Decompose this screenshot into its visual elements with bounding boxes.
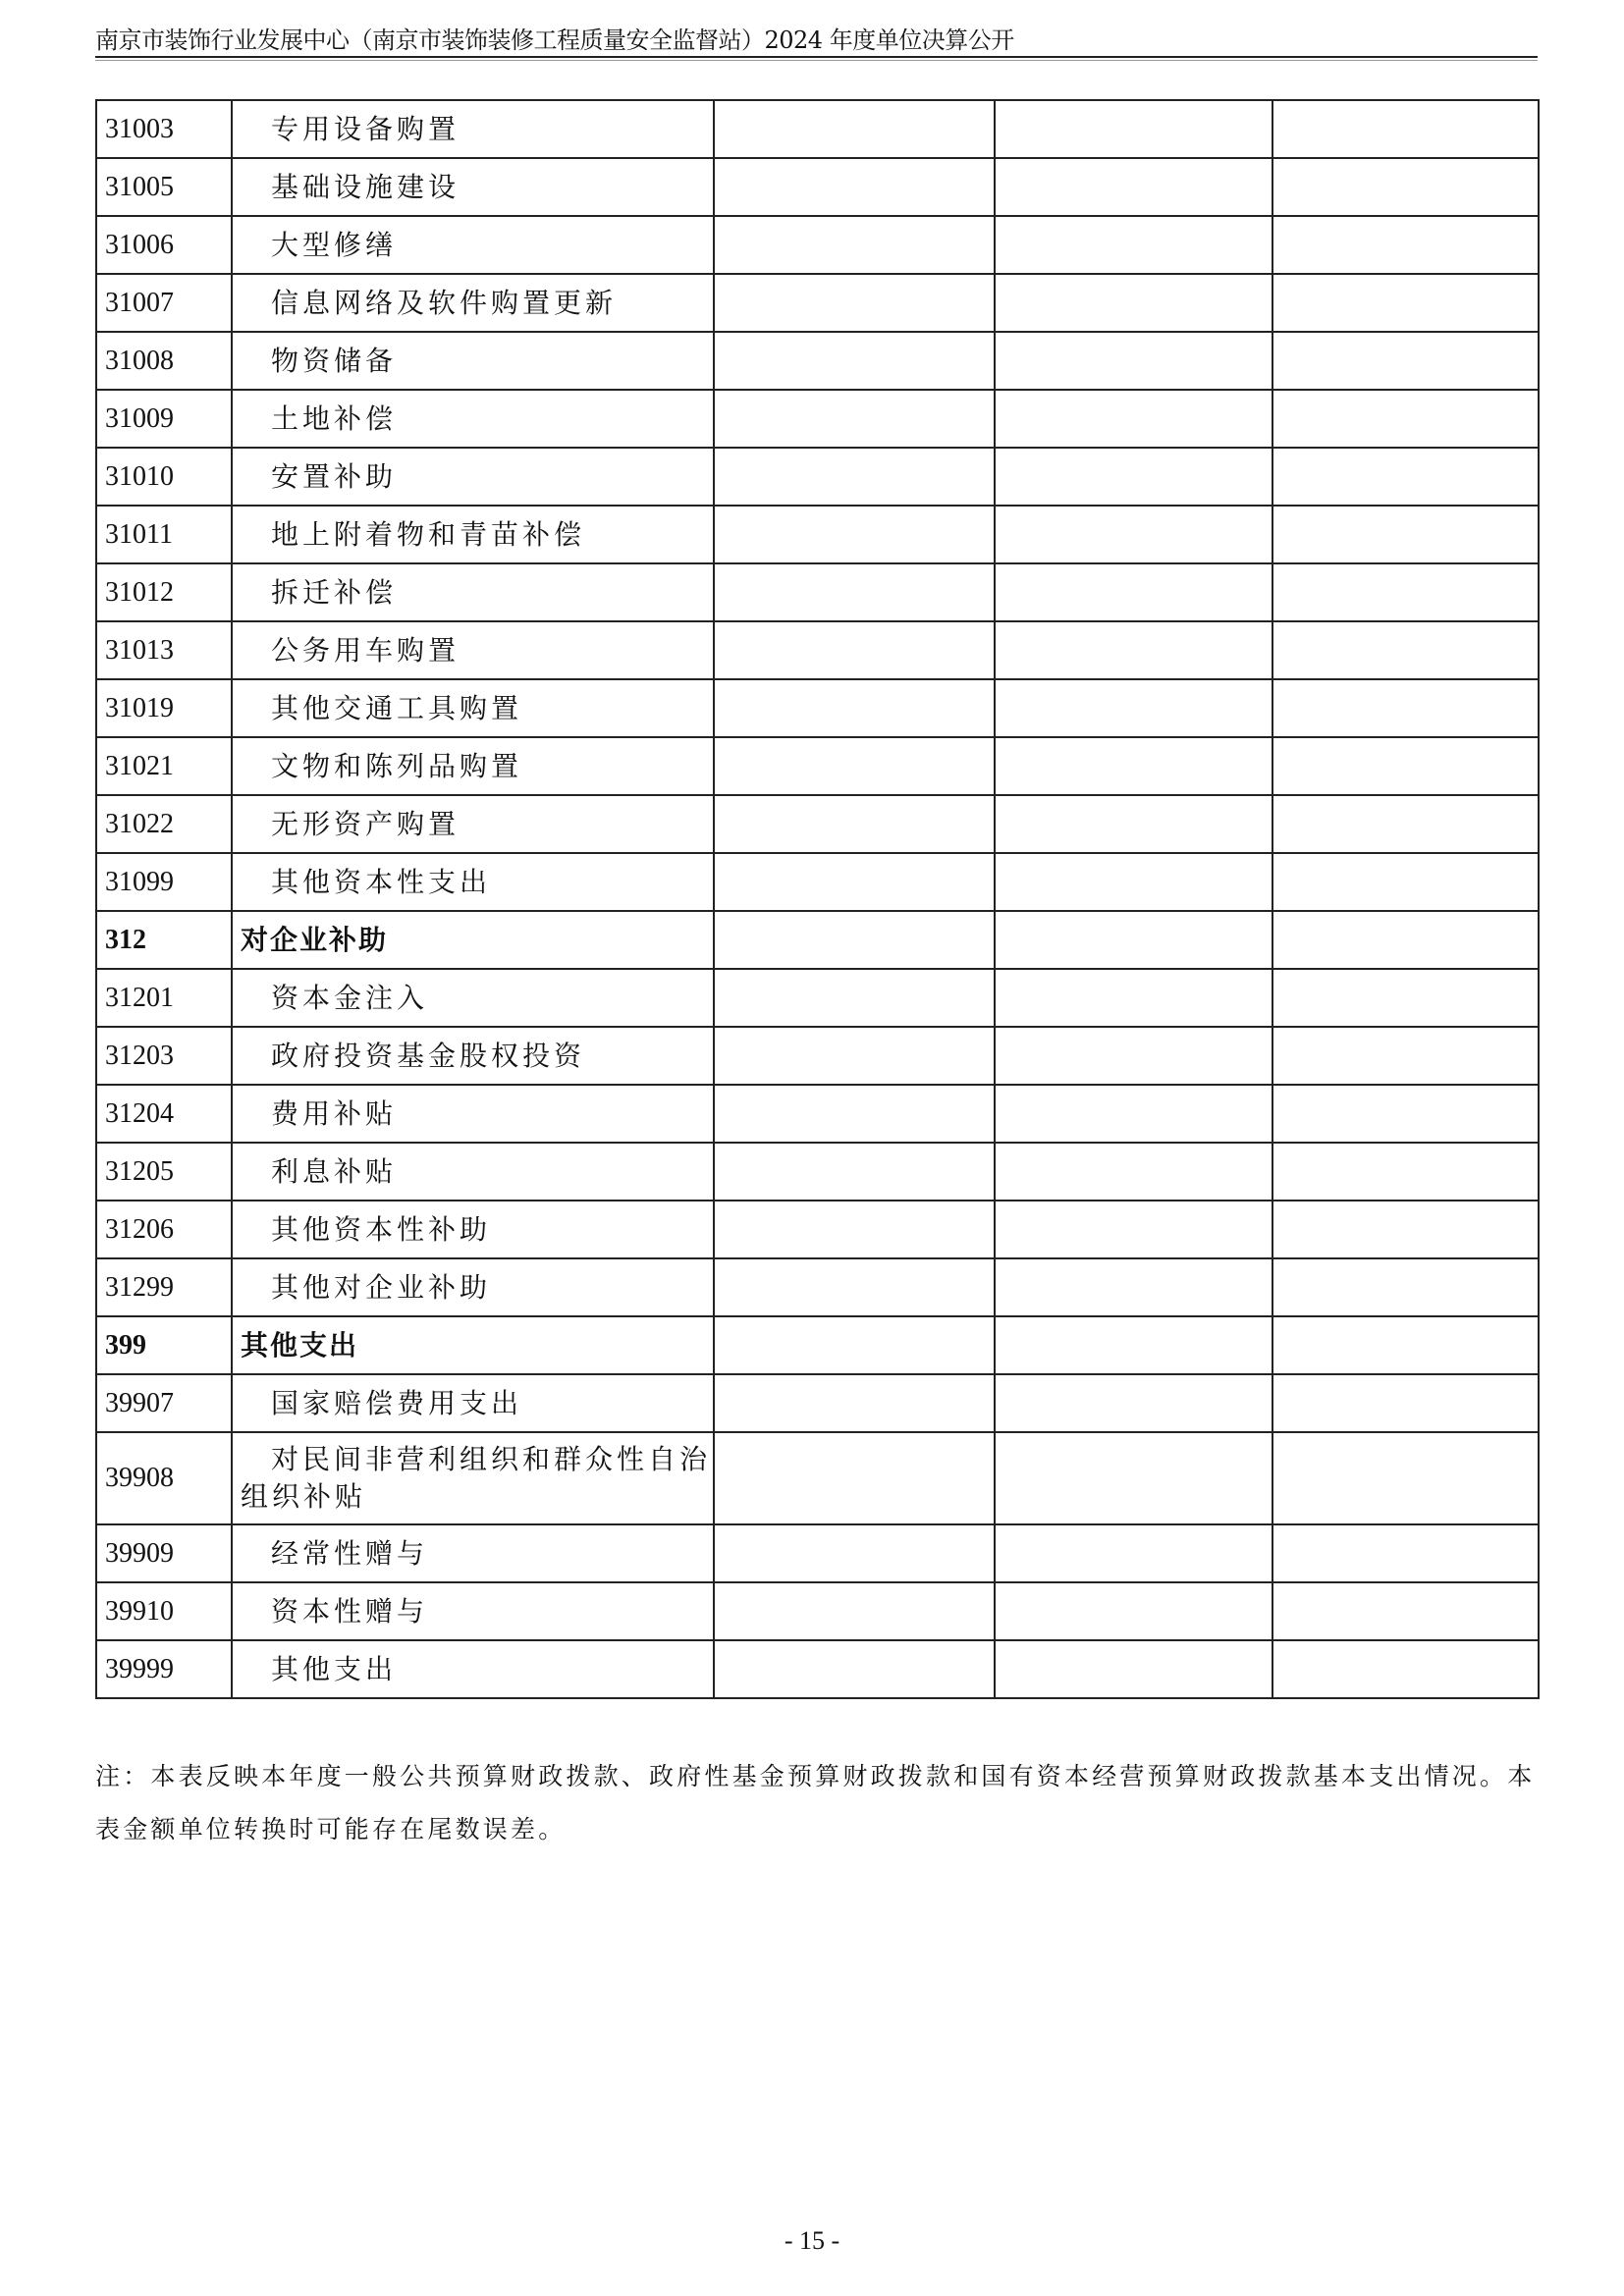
table-row: 31206其他资本性补助 xyxy=(96,1201,1539,1258)
table-row: 31007信息网络及软件购置更新 xyxy=(96,274,1539,332)
cell-value-1 xyxy=(714,737,995,795)
cell-value-1 xyxy=(714,563,995,621)
table-row: 31204费用补贴 xyxy=(96,1085,1539,1143)
cell-code: 31011 xyxy=(96,506,232,563)
cell-name: 国家赔偿费用支出 xyxy=(232,1374,714,1432)
cell-value-3 xyxy=(1272,1432,1539,1524)
cell-value-1 xyxy=(714,274,995,332)
cell-value-3 xyxy=(1272,1582,1539,1640)
cell-code: 31021 xyxy=(96,737,232,795)
table-row: 31299其他对企业补助 xyxy=(96,1258,1539,1316)
cell-value-3 xyxy=(1272,274,1539,332)
cell-value-3 xyxy=(1272,1027,1539,1085)
cell-name: 基础设施建设 xyxy=(232,158,714,216)
cell-value-3 xyxy=(1272,1374,1539,1432)
cell-value-1 xyxy=(714,1143,995,1201)
cell-value-1 xyxy=(714,1582,995,1640)
header-rule xyxy=(95,56,1538,58)
cell-value-2 xyxy=(995,563,1272,621)
cell-code: 39907 xyxy=(96,1374,232,1432)
cell-value-2 xyxy=(995,679,1272,737)
cell-name: 其他交通工具购置 xyxy=(232,679,714,737)
cell-value-1 xyxy=(714,621,995,679)
cell-code: 31204 xyxy=(96,1085,232,1143)
cell-value-3 xyxy=(1272,332,1539,390)
cell-value-1 xyxy=(714,1374,995,1432)
table-row: 31013公务用车购置 xyxy=(96,621,1539,679)
cell-value-3 xyxy=(1272,1258,1539,1316)
cell-value-2 xyxy=(995,1316,1272,1374)
cell-value-1 xyxy=(714,390,995,448)
cell-value-1 xyxy=(714,1640,995,1698)
cell-value-3 xyxy=(1272,737,1539,795)
cell-value-2 xyxy=(995,158,1272,216)
cell-value-1 xyxy=(714,332,995,390)
cell-value-3 xyxy=(1272,911,1539,969)
table-row: 31203政府投资基金股权投资 xyxy=(96,1027,1539,1085)
cell-name: 对民间非营利组织和群众性自治组织补贴 xyxy=(232,1432,714,1524)
cell-value-1 xyxy=(714,911,995,969)
table-row: 31021文物和陈列品购置 xyxy=(96,737,1539,795)
cell-name: 安置补助 xyxy=(232,448,714,506)
cell-value-1 xyxy=(714,795,995,853)
page-number: - 15 - xyxy=(0,2226,1624,2256)
cell-value-1 xyxy=(714,969,995,1027)
table-category-row: 399其他支出 xyxy=(96,1316,1539,1374)
cell-value-2 xyxy=(995,390,1272,448)
cell-value-3 xyxy=(1272,1143,1539,1201)
table-row: 31005基础设施建设 xyxy=(96,158,1539,216)
page-header-title: 南京市装饰行业发展中心（南京市装饰装修工程质量安全监督站）2024 年度单位决算… xyxy=(95,26,1538,55)
cell-value-3 xyxy=(1272,100,1539,158)
cell-value-2 xyxy=(995,1432,1272,1524)
table-row: 31006大型修缮 xyxy=(96,216,1539,274)
cell-name: 资本金注入 xyxy=(232,969,714,1027)
cell-value-2 xyxy=(995,1201,1272,1258)
cell-value-3 xyxy=(1272,216,1539,274)
cell-name: 其他支出 xyxy=(232,1640,714,1698)
cell-value-3 xyxy=(1272,1640,1539,1698)
table-row: 39999其他支出 xyxy=(96,1640,1539,1698)
cell-value-1 xyxy=(714,216,995,274)
cell-value-3 xyxy=(1272,1524,1539,1582)
cell-code: 39910 xyxy=(96,1582,232,1640)
cell-code: 31003 xyxy=(96,100,232,158)
cell-value-3 xyxy=(1272,1316,1539,1374)
cell-name: 大型修缮 xyxy=(232,216,714,274)
cell-code: 31007 xyxy=(96,274,232,332)
cell-value-3 xyxy=(1272,795,1539,853)
table-row: 31201资本金注入 xyxy=(96,969,1539,1027)
cell-value-3 xyxy=(1272,563,1539,621)
cell-code: 399 xyxy=(96,1316,232,1374)
cell-value-2 xyxy=(995,1374,1272,1432)
cell-value-2 xyxy=(995,737,1272,795)
table-row: 39909经常性赠与 xyxy=(96,1524,1539,1582)
cell-value-3 xyxy=(1272,390,1539,448)
cell-code: 31013 xyxy=(96,621,232,679)
cell-value-1 xyxy=(714,679,995,737)
cell-value-2 xyxy=(995,969,1272,1027)
cell-value-2 xyxy=(995,911,1272,969)
table-row: 31205利息补贴 xyxy=(96,1143,1539,1201)
cell-code: 31005 xyxy=(96,158,232,216)
cell-value-2 xyxy=(995,1258,1272,1316)
cell-value-2 xyxy=(995,1582,1272,1640)
cell-name: 对企业补助 xyxy=(232,911,714,969)
cell-name: 专用设备购置 xyxy=(232,100,714,158)
table-row: 31011地上附着物和青苗补偿 xyxy=(96,506,1539,563)
cell-code: 31006 xyxy=(96,216,232,274)
cell-value-3 xyxy=(1272,158,1539,216)
cell-name: 其他资本性支出 xyxy=(232,853,714,911)
cell-value-1 xyxy=(714,158,995,216)
cell-value-1 xyxy=(714,1432,995,1524)
table-row: 39907国家赔偿费用支出 xyxy=(96,1374,1539,1432)
cell-code: 39908 xyxy=(96,1432,232,1524)
table-row: 31099其他资本性支出 xyxy=(96,853,1539,911)
table-row: 31022无形资产购置 xyxy=(96,795,1539,853)
cell-code: 31205 xyxy=(96,1143,232,1201)
cell-value-3 xyxy=(1272,1085,1539,1143)
cell-name: 文物和陈列品购置 xyxy=(232,737,714,795)
cell-code: 31008 xyxy=(96,332,232,390)
cell-value-1 xyxy=(714,1085,995,1143)
cell-value-2 xyxy=(995,332,1272,390)
cell-name: 地上附着物和青苗补偿 xyxy=(232,506,714,563)
cell-name: 公务用车购置 xyxy=(232,621,714,679)
cell-code: 31012 xyxy=(96,563,232,621)
table-row: 31009土地补偿 xyxy=(96,390,1539,448)
cell-name: 其他对企业补助 xyxy=(232,1258,714,1316)
cell-name: 利息补贴 xyxy=(232,1143,714,1201)
table-row: 31008物资储备 xyxy=(96,332,1539,390)
cell-value-3 xyxy=(1272,621,1539,679)
cell-name: 物资储备 xyxy=(232,332,714,390)
cell-name: 其他资本性补助 xyxy=(232,1201,714,1258)
table-row: 31010安置补助 xyxy=(96,448,1539,506)
cell-value-1 xyxy=(714,1027,995,1085)
cell-value-3 xyxy=(1272,853,1539,911)
cell-name: 政府投资基金股权投资 xyxy=(232,1027,714,1085)
cell-value-1 xyxy=(714,1316,995,1374)
cell-name: 信息网络及软件购置更新 xyxy=(232,274,714,332)
cell-name: 费用补贴 xyxy=(232,1085,714,1143)
cell-value-2 xyxy=(995,1143,1272,1201)
cell-name: 资本性赠与 xyxy=(232,1582,714,1640)
cell-value-2 xyxy=(995,1085,1272,1143)
cell-value-2 xyxy=(995,1524,1272,1582)
cell-value-2 xyxy=(995,506,1272,563)
cell-value-3 xyxy=(1272,1201,1539,1258)
cell-value-2 xyxy=(995,216,1272,274)
cell-value-2 xyxy=(995,448,1272,506)
cell-value-2 xyxy=(995,100,1272,158)
cell-code: 31206 xyxy=(96,1201,232,1258)
cell-code: 39999 xyxy=(96,1640,232,1698)
cell-value-2 xyxy=(995,621,1272,679)
cell-name: 拆迁补偿 xyxy=(232,563,714,621)
cell-value-1 xyxy=(714,1258,995,1316)
cell-value-1 xyxy=(714,100,995,158)
header-rule-secondary xyxy=(95,60,1538,61)
cell-name: 其他支出 xyxy=(232,1316,714,1374)
cell-code: 31022 xyxy=(96,795,232,853)
cell-value-2 xyxy=(995,1027,1272,1085)
table-footnote: 注：本表反映本年度一般公共预算财政拨款、政府性基金预算财政拨款和国有资本经营预算… xyxy=(95,1750,1538,1856)
cell-code: 31019 xyxy=(96,679,232,737)
cell-code: 31009 xyxy=(96,390,232,448)
cell-name: 无形资产购置 xyxy=(232,795,714,853)
cell-value-1 xyxy=(714,1524,995,1582)
cell-value-1 xyxy=(714,506,995,563)
table-category-row: 312对企业补助 xyxy=(96,911,1539,969)
cell-value-1 xyxy=(714,853,995,911)
expenditure-table: 31003专用设备购置31005基础设施建设31006大型修缮31007信息网络… xyxy=(95,99,1540,1699)
cell-code: 31299 xyxy=(96,1258,232,1316)
cell-value-3 xyxy=(1272,506,1539,563)
cell-name: 经常性赠与 xyxy=(232,1524,714,1582)
cell-code: 312 xyxy=(96,911,232,969)
table-row: 31003专用设备购置 xyxy=(96,100,1539,158)
cell-value-2 xyxy=(995,853,1272,911)
cell-value-1 xyxy=(714,1201,995,1258)
cell-value-1 xyxy=(714,448,995,506)
cell-code: 31203 xyxy=(96,1027,232,1085)
cell-value-3 xyxy=(1272,679,1539,737)
cell-code: 31099 xyxy=(96,853,232,911)
table-row: 31012拆迁补偿 xyxy=(96,563,1539,621)
cell-value-3 xyxy=(1272,448,1539,506)
cell-code: 31010 xyxy=(96,448,232,506)
cell-code: 39909 xyxy=(96,1524,232,1582)
cell-code: 31201 xyxy=(96,969,232,1027)
table-row: 31019其他交通工具购置 xyxy=(96,679,1539,737)
expenditure-table-body: 31003专用设备购置31005基础设施建设31006大型修缮31007信息网络… xyxy=(96,100,1539,1698)
table-row: 39910资本性赠与 xyxy=(96,1582,1539,1640)
table-row: 39908对民间非营利组织和群众性自治组织补贴 xyxy=(96,1432,1539,1524)
cell-value-3 xyxy=(1272,969,1539,1027)
cell-value-2 xyxy=(995,1640,1272,1698)
cell-value-2 xyxy=(995,274,1272,332)
cell-value-2 xyxy=(995,795,1272,853)
cell-name: 土地补偿 xyxy=(232,390,714,448)
